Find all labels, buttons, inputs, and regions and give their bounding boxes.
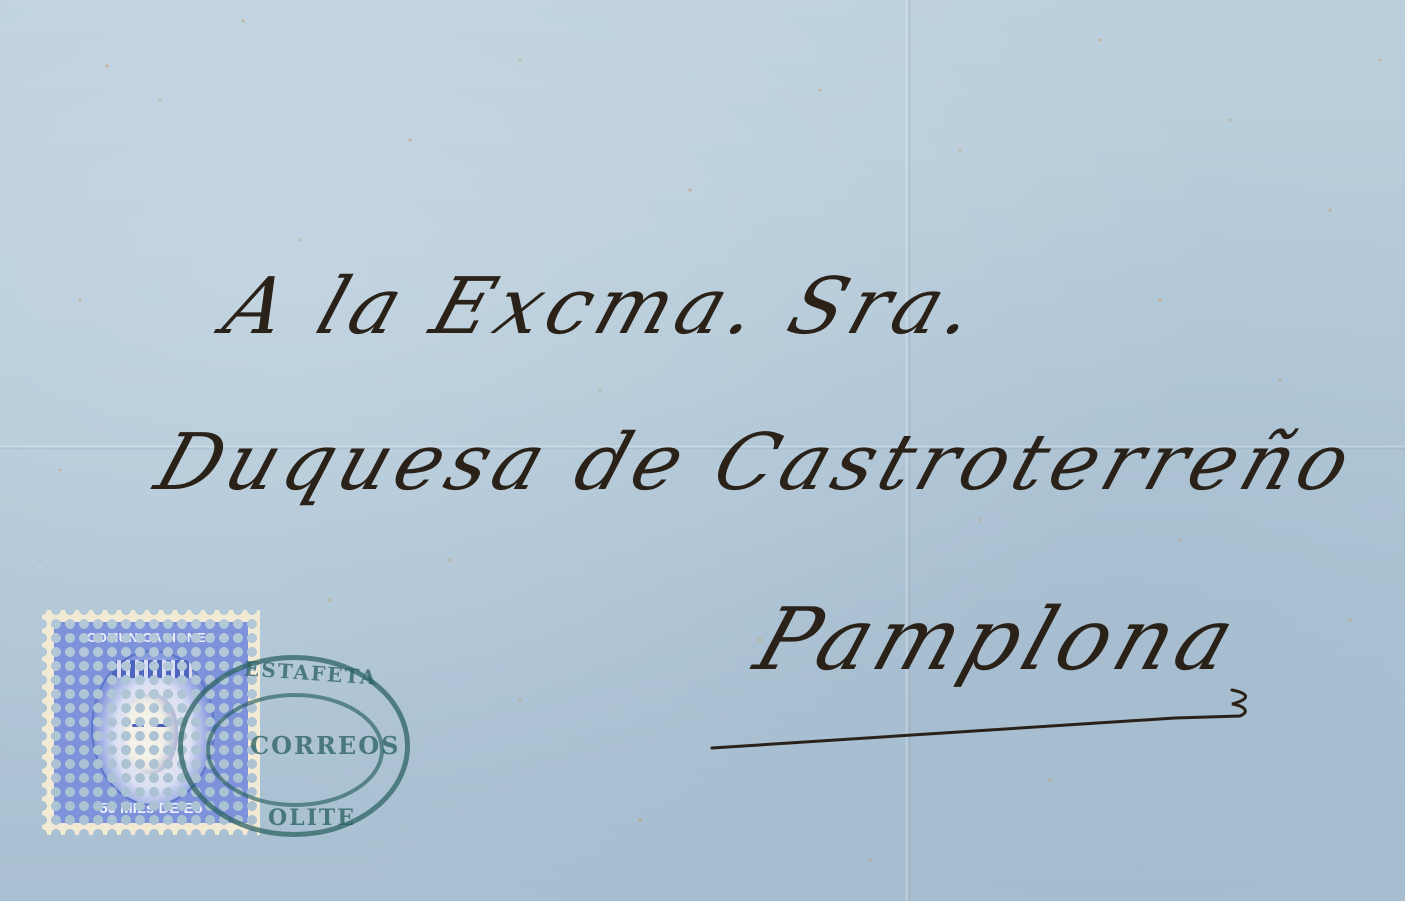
oval-postmark: ESTAFETA CORREOS OLITE [178, 655, 410, 837]
address-excma: Excma [421, 262, 745, 352]
address-a-la: A la [213, 262, 419, 352]
stamp-portrait-face [124, 694, 178, 774]
address-line-city: Pamplona [744, 590, 1252, 690]
postmark-town-text: OLITE [268, 805, 356, 831]
stamp-eye-left [132, 724, 144, 727]
postmark-middle-text: CORREOS [250, 731, 400, 760]
address-line-recipient-name: Duquesa de Castroterreño [145, 418, 1367, 508]
address-line-recipient-title: A la Excma. Sra. [213, 262, 992, 352]
stamp-eye-right [156, 724, 168, 727]
stamp-top-inscription: COMUNICACIONES [54, 630, 248, 645]
address-sra: Sra. [777, 262, 992, 352]
letter-cover: A la Excma. Sra. Duquesa de Castroterreñ… [0, 0, 1405, 901]
